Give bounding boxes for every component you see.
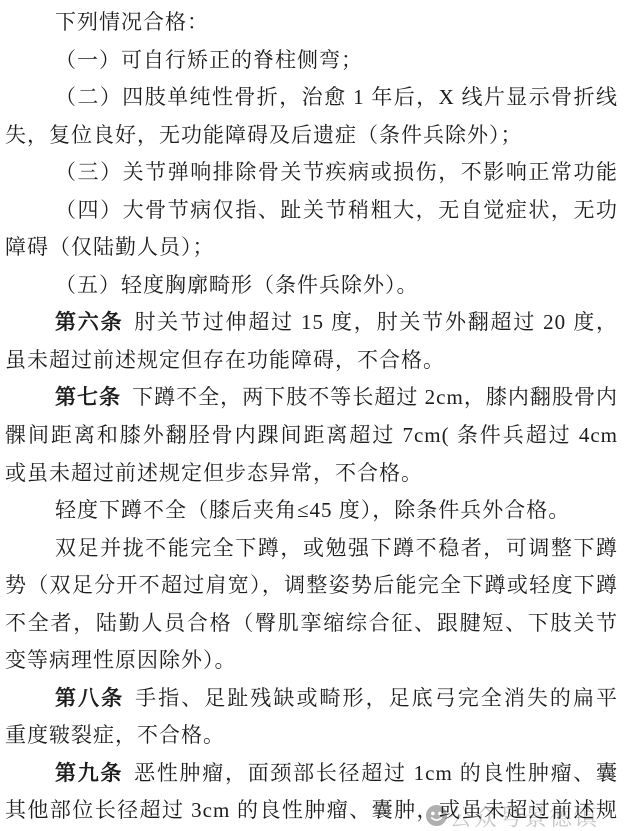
line-text: （四）大骨节病仅指、趾关节稍粗大，无自觉症状，无功能 [5,198,618,230]
line-text: 双足并拢不能完全下蹲，或勉强下蹲不稳者，可调整下蹲姿 [5,536,618,568]
line-text: 其他部位长径超过 3cm 的良性肿瘤、囊肿，或虽未超过前述规 [5,798,618,822]
text-line: 障碍（仅陆勤人员）； [5,229,618,267]
line-text: （三）关节弹响排除骨关节疾病或损伤，不影响正常功能的； [5,160,618,192]
text-line: 髁间距离和膝外翻胫骨内踝间距离超过 7cm( 条件兵超过 4cm )， [5,417,618,455]
text-line: （五）轻度胸廓畸形（条件兵除外）。 [5,267,618,305]
line-text: 势（双足分开不超过肩宽），调整姿势后能完全下蹲或轻度下蹲 [5,573,618,597]
text-line: 重度皲裂症，不合格。 [5,717,618,755]
text-line: （三）关节弹响排除骨关节疾病或损伤，不影响正常功能的； [5,154,618,192]
text-line: 虽未超过前述规定但存在功能障碍，不合格。 [5,342,618,380]
line-text: 下列情况合格： [55,10,209,34]
article-number: 第七条 [55,385,121,409]
line-text: 轻度下蹲不全（膝后夹角≤45 度），除条件兵外合格。 [55,498,570,522]
text-line: 第六条肘关节过伸超过 15 度，肘关节外翻超过 20 度，或 [5,304,618,342]
text-line: （二）四肢单纯性骨折，治愈 1 年后，X 线片显示骨折线消 [5,79,618,117]
text-line: 变等病理性原因除外）。 [5,642,618,680]
line-text: （二）四肢单纯性骨折，治愈 1 年后，X 线片显示骨折线消 [5,85,618,117]
text-line: 第八条手指、足趾残缺或畸形，足底弓完全消失的扁平足， [5,680,618,718]
text-line: 第七条下蹲不全，两下肢不等长超过 2cm，膝内翻股骨内 [5,379,618,417]
document-body: 下列情况合格：（一）可自行矫正的脊柱侧弯；（二）四肢单纯性骨折，治愈 1 年后，… [0,0,625,830]
text-line: （一）可自行矫正的脊柱侧弯； [5,42,618,80]
text-line: 其他部位长径超过 3cm 的良性肿瘤、囊肿，或虽未超过前述规 [5,792,618,830]
line-text: 失，复位良好，无功能障碍及后遗症（条件兵除外）； [5,123,523,147]
line-text: 重度皲裂症，不合格。 [5,723,225,747]
article-number: 第九条 [55,761,123,785]
document-page: 公众号景德镇 下列情况合格：（一）可自行矫正的脊柱侧弯；（二）四肢单纯性骨折，治… [0,0,625,831]
text-line: 下列情况合格： [5,4,618,42]
line-text: （一）可自行矫正的脊柱侧弯； [55,48,363,72]
article-number: 第六条 [55,310,123,334]
text-line: 不全者，陆勤人员合格（臀肌挛缩综合征、跟腱短、下肢关节病 [5,605,618,643]
text-line: 第九条恶性肿瘤，面颈部长径超过 1cm 的良性肿瘤、囊肿， [5,755,618,793]
text-line: 双足并拢不能完全下蹲，或勉强下蹲不稳者，可调整下蹲姿 [5,530,618,568]
text-line: 轻度下蹲不全（膝后夹角≤45 度），除条件兵外合格。 [5,492,618,530]
text-line: 或虽未超过前述规定但步态异常，不合格。 [5,455,618,493]
line-text: 障碍（仅陆勤人员）； [5,235,215,259]
line-text: 变等病理性原因除外）。 [5,648,237,672]
line-text: 虽未超过前述规定但存在功能障碍，不合格。 [5,348,445,372]
article-number: 第八条 [55,686,124,710]
line-text: （五）轻度胸廓畸形（条件兵除外）。 [55,273,419,297]
line-text: 不全者，陆勤人员合格（臀肌挛缩综合征、跟腱短、下肢关节病 [5,611,618,643]
line-text: 下蹲不全，两下肢不等长超过 2cm，膝内翻股骨内 [132,385,618,409]
text-line: 失，复位良好，无功能障碍及后遗症（条件兵除外）； [5,117,618,155]
line-text: 髁间距离和膝外翻胫骨内踝间距离超过 7cm( 条件兵超过 4cm )， [5,423,618,455]
text-line: （四）大骨节病仅指、趾关节稍粗大，无自觉症状，无功能 [5,192,618,230]
text-line: 势（双足分开不超过肩宽），调整姿势后能完全下蹲或轻度下蹲 [5,567,618,605]
line-text: 或虽未超过前述规定但步态异常，不合格。 [5,461,423,485]
